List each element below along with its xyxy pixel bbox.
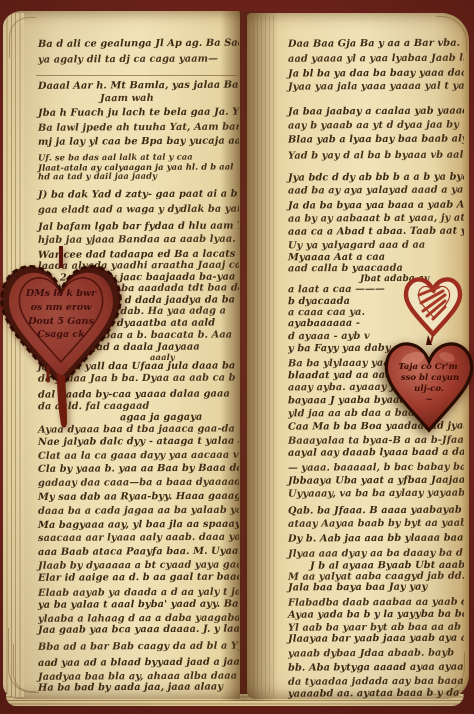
- wax-heart-inscription: Dout 5 Gans: [27, 316, 94, 327]
- wax-heart-inscription: DMs la k bwr: [25, 288, 97, 299]
- wax-heart-inscription: os nm erow: [31, 302, 93, 313]
- clay-heart-inscription: ulj-co.: [414, 384, 444, 394]
- wax-seal-heart: DMs la k bwr os nm erow Dout 5 Gans Csag…: [2, 246, 121, 428]
- sketched-heart-tail: [431, 335, 433, 342]
- clay-heart-inscription: sso bl cayun: [401, 373, 459, 383]
- sketched-heart: [406, 279, 460, 342]
- open-journal-photo: Ba d ali ce gealunga Jl Ap ag. Ba Sadt u…: [0, 0, 474, 714]
- hearts-overlay: DMs la k bwr os nm erow Dout 5 Gans Csag…: [0, 0, 474, 714]
- clay-heart: Taja co Cr'm sso bl cayun ulj-co. ~: [386, 335, 471, 430]
- clay-heart-inscription: ~: [425, 395, 432, 405]
- wax-heart-inscription: Csaga ck: [37, 329, 85, 340]
- clay-heart-inscription: Taja co Cr'm: [398, 362, 457, 372]
- sketched-heart-outline: [406, 279, 460, 334]
- wax-heart-stem: [59, 246, 63, 268]
